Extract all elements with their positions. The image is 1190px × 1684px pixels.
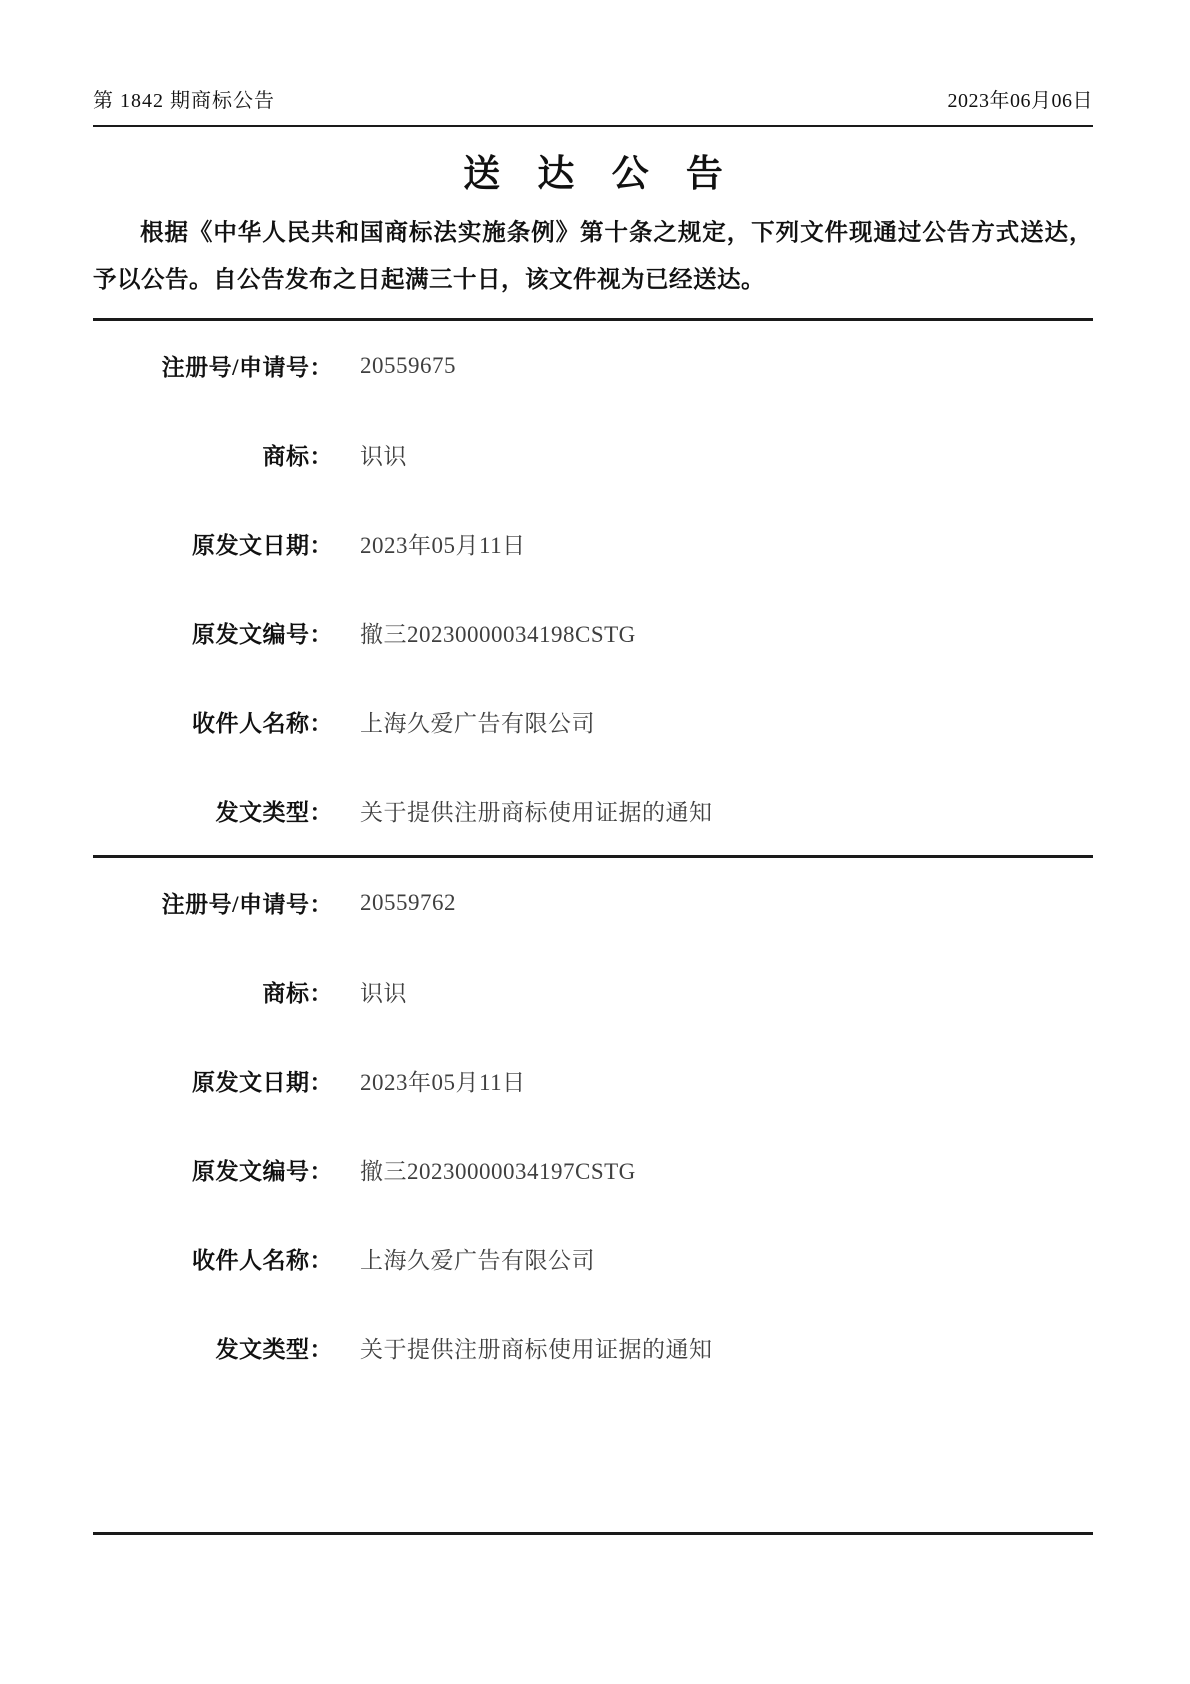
field-label: 发文类型： bbox=[93, 794, 333, 827]
divider-bottom bbox=[93, 1532, 1093, 1535]
record-2: 注册号/申请号： 20559762 商标： 识识 原发文日期： 2023年05月… bbox=[93, 858, 1093, 1392]
field-label: 收件人名称： bbox=[93, 705, 333, 738]
recipient-name-value: 上海久爱广告有限公司 bbox=[360, 705, 595, 738]
gazette-issue-label: 第 1842 期商标公告 bbox=[93, 84, 275, 113]
record-1: 注册号/申请号： 20559675 商标： 识识 原发文日期： 2023年05月… bbox=[93, 321, 1093, 855]
field-row-original-document-number: 原发文编号： 撤三20230000034197CSTG bbox=[93, 1125, 1093, 1214]
field-label: 注册号/申请号： bbox=[93, 349, 333, 382]
field-label: 收件人名称： bbox=[93, 1242, 333, 1275]
field-label: 注册号/申请号： bbox=[93, 886, 333, 919]
field-label: 商标： bbox=[93, 438, 333, 471]
gazette-page: 第 1842 期商标公告 2023年06月06日 送 达 公 告 根据《中华人民… bbox=[0, 0, 1190, 1684]
registration-number-value: 20559675 bbox=[360, 353, 456, 379]
original-document-number-value: 撤三20230000034197CSTG bbox=[360, 1153, 636, 1186]
field-label: 发文类型： bbox=[93, 1331, 333, 1364]
field-label: 原发文日期： bbox=[93, 527, 333, 560]
registration-number-value: 20559762 bbox=[360, 890, 456, 916]
field-label: 商标： bbox=[93, 975, 333, 1008]
field-label: 原发文日期： bbox=[93, 1064, 333, 1097]
document-type-value: 关于提供注册商标使用证据的通知 bbox=[360, 794, 713, 827]
field-row-trademark: 商标： 识识 bbox=[93, 947, 1093, 1036]
field-row-recipient-name: 收件人名称： 上海久爱广告有限公司 bbox=[93, 677, 1093, 766]
field-row-recipient-name: 收件人名称： 上海久爱广告有限公司 bbox=[93, 1214, 1093, 1303]
intro-paragraph: 根据《中华人民共和国商标法实施条例》第十条之规定，下列文件现通过公告方式送达，予… bbox=[93, 210, 1093, 304]
field-row-trademark: 商标： 识识 bbox=[93, 410, 1093, 499]
trademark-value: 识识 bbox=[360, 438, 407, 471]
field-label: 原发文编号： bbox=[93, 616, 333, 649]
original-issue-date-value: 2023年05月11日 bbox=[360, 527, 526, 560]
document-type-value: 关于提供注册商标使用证据的通知 bbox=[360, 1331, 713, 1364]
page-header: 第 1842 期商标公告 2023年06月06日 bbox=[93, 84, 1093, 127]
field-row-registration-number: 注册号/申请号： 20559675 bbox=[93, 321, 1093, 410]
field-row-registration-number: 注册号/申请号： 20559762 bbox=[93, 858, 1093, 947]
original-issue-date-value: 2023年05月11日 bbox=[360, 1064, 526, 1097]
field-row-original-document-number: 原发文编号： 撤三20230000034198CSTG bbox=[93, 588, 1093, 677]
original-document-number-value: 撤三20230000034198CSTG bbox=[360, 616, 636, 649]
recipient-name-value: 上海久爱广告有限公司 bbox=[360, 1242, 595, 1275]
field-row-document-type: 发文类型： 关于提供注册商标使用证据的通知 bbox=[93, 766, 1093, 855]
gazette-date: 2023年06月06日 bbox=[948, 84, 1094, 113]
field-label: 原发文编号： bbox=[93, 1153, 333, 1186]
page-title: 送 达 公 告 bbox=[93, 143, 1093, 197]
trademark-value: 识识 bbox=[360, 975, 407, 1008]
field-row-original-issue-date: 原发文日期： 2023年05月11日 bbox=[93, 499, 1093, 588]
field-row-document-type: 发文类型： 关于提供注册商标使用证据的通知 bbox=[93, 1303, 1093, 1392]
field-row-original-issue-date: 原发文日期： 2023年05月11日 bbox=[93, 1036, 1093, 1125]
